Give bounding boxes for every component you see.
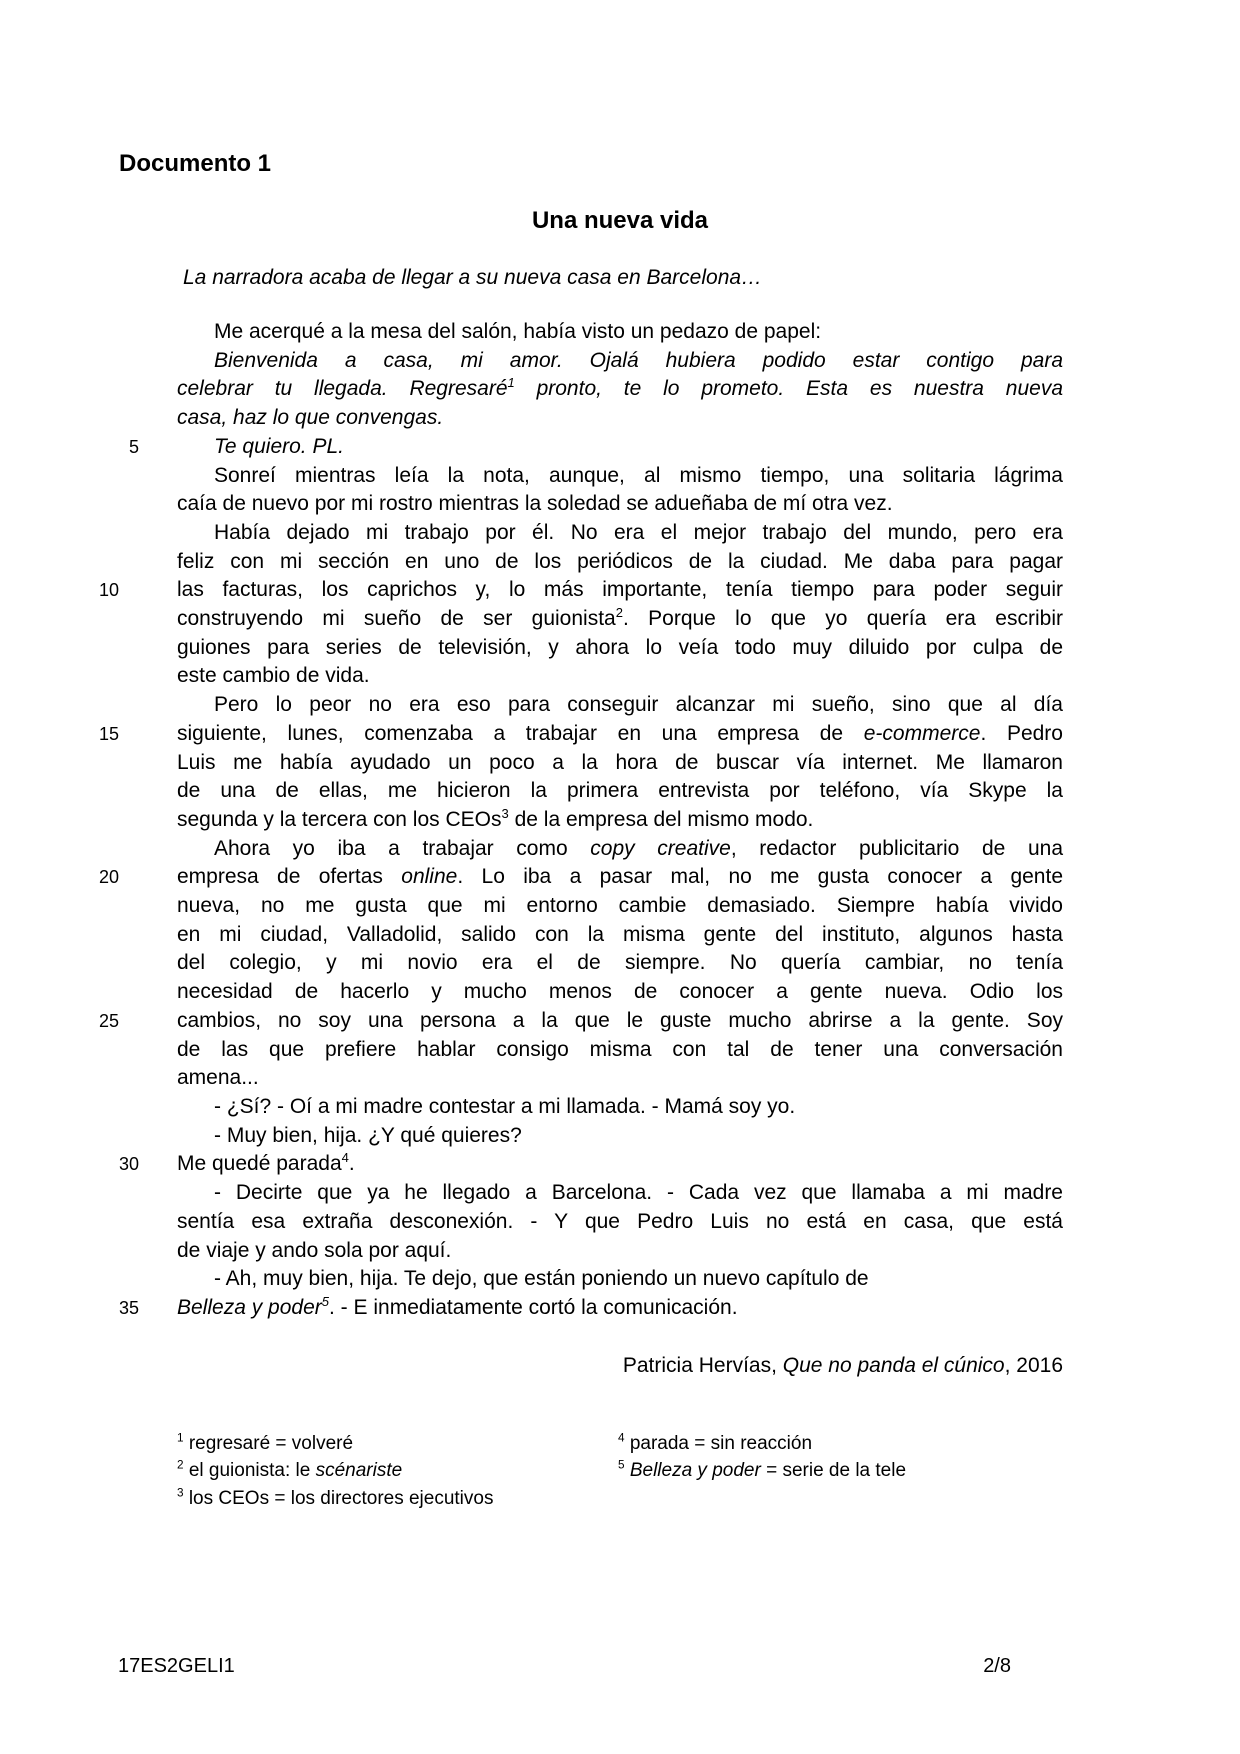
text-line: 10las facturas, los caprichos y, lo más … [177,576,1063,605]
text-segment: . Pedro [980,722,1063,745]
text-segment: - ¿Sí? - Oí a mi madre contestar a mi ll… [214,1095,795,1118]
footer-page-number: 2/8 [927,1654,1011,1678]
text-segment: sentía esa extraña desconexión. - Y que … [177,1210,1063,1233]
text-segment: cambios, no soy una persona a la que le … [177,1009,1063,1032]
text-line: 25cambios, no soy una persona a la que l… [177,1007,1063,1036]
text-segment: Ahora yo iba a trabajar como [214,837,590,860]
text-line: Luis me había ayudado un poco a la hora … [177,749,1063,778]
text-segment: casa, haz lo que convengas. [177,406,443,429]
text-segment: copy creative [590,837,731,860]
text-line: Me acerqué a la mesa del salón, había vi… [177,318,1063,347]
text-segment: = serie de la tele [761,1460,906,1481]
text-segment: Me acerqué a la mesa del salón, había vi… [214,320,821,343]
text-segment: de viaje y ando sola por aquí. [177,1239,451,1262]
text-line: caía de nuevo por mi rostro mientras la … [177,490,1063,519]
line-number: 20 [99,863,139,892]
text-segment: caía de nuevo por mi rostro mientras la … [177,492,893,515]
text-line: 5Te quiero. PL. [177,433,1063,462]
text-line: Ahora yo iba a trabajar como copy creati… [177,835,1063,864]
footer-document-code: 17ES2GELI1 [118,1654,235,1678]
text-line: construyendo mi sueño de ser guionista2.… [177,605,1063,634]
text-line: 20empresa de ofertas online. Lo iba a pa… [177,863,1063,892]
line-number: 30 [99,1150,139,1179]
text-line: 15siguiente, lunes, comenzaba a trabajar… [177,720,1063,749]
text-segment: de una de ellas, me hicieron la primera … [177,779,1063,802]
text-segment: online [401,865,457,888]
footnote-marker: 3 [502,806,509,821]
line-number: 25 [99,1007,139,1036]
text-segment: Pero lo peor no era eso para conseguir a… [214,693,1063,716]
document-page: Documento 1 Una nueva vida La narradora … [0,0,1240,1754]
text-segment: Belleza y poder [630,1460,761,1481]
text-line: necesidad de hacerlo y mucho menos de co… [177,978,1063,1007]
text-segment: , 2016 [1005,1354,1063,1377]
page-title: Una nueva vida [0,207,1240,235]
text-line: de una de ellas, me hicieron la primera … [177,777,1063,806]
text-segment: - Decirte que ya he llegado a Barcelona.… [214,1181,1063,1204]
text-segment: en mi ciudad, Valladolid, salido con la … [177,923,1063,946]
text-segment: celebrar tu llegada. Regresaré [177,377,508,400]
line-number: 15 [99,720,139,749]
text-segment: este cambio de vida. [177,664,370,687]
text-segment: . Lo iba a pasar mal, no me gusta conoce… [457,865,1063,888]
footnote-item: 2 el guionista: le scénariste [177,1457,493,1484]
text-segment: Patricia Hervías, [623,1354,783,1377]
text-line: - Ah, muy bien, hija. Te dejo, que están… [177,1265,1063,1294]
footnotes-left-column: 1 regresaré = volveré2 el guionista: le … [177,1430,493,1512]
text-segment: los CEOs = los directores ejecutivos [184,1488,494,1509]
text-segment: Había dejado mi trabajo por él. No era e… [214,521,1063,544]
doc-label: Documento 1 [119,150,271,178]
text-line: del colegio, y mi novio era el de siempr… [177,949,1063,978]
text-segment: . [349,1152,355,1175]
text-segment: construyendo mi sueño de ser guionista [177,607,616,630]
footnotes-right-column: 4 parada = sin reacción5 Belleza y poder… [618,1430,906,1485]
footnote-item: 5 Belleza y poder = serie de la tele [618,1457,906,1484]
text-segment: e-commerce [864,722,981,745]
footnote-item: 3 los CEOs = los directores ejecutivos [177,1485,493,1512]
intro-line: La narradora acaba de llegar a su nueva … [183,264,762,292]
text-line: amena... [177,1064,1063,1093]
text-segment: Sonreí mientras leía la nota, aunque, al… [214,464,1063,487]
text-segment: de la empresa del mismo modo. [509,808,814,831]
text-line: nueva, no me gusta que mi entorno cambie… [177,892,1063,921]
text-line: 35Belleza y poder5. - E inmediatamente c… [177,1294,1063,1323]
line-number: 5 [99,433,139,462]
text-line: sentía esa extraña desconexión. - Y que … [177,1208,1063,1237]
text-segment: de las que prefiere hablar consigo misma… [177,1038,1063,1061]
footnote-marker: 5 [618,1459,625,1472]
text-line: en mi ciudad, Valladolid, salido con la … [177,921,1063,950]
text-line: Bienvenida a casa, mi amor. Ojalá hubier… [177,347,1063,376]
text-segment: guiones para series de televisión, y aho… [177,636,1063,659]
footnote-marker: 1 [508,375,515,390]
text-segment: Me quedé parada [177,1152,342,1175]
text-segment: parada = sin reacción [625,1433,812,1454]
text-segment: siguiente, lunes, comenzaba a trabajar e… [177,722,864,745]
text-segment: - Muy bien, hija. ¿Y qué quieres? [214,1124,522,1147]
text-line: - ¿Sí? - Oí a mi madre contestar a mi ll… [177,1093,1063,1122]
text-segment: pronto, te lo prometo. Esta es nuestra n… [515,377,1063,400]
text-segment: - Ah, muy bien, hija. Te dejo, que están… [214,1267,869,1290]
text-segment: Luis me había ayudado un poco a la hora … [177,751,1063,774]
text-segment: amena... [177,1066,259,1089]
text-segment: nueva, no me gusta que mi entorno cambie… [177,894,1063,917]
text-line: este cambio de vida. [177,662,1063,691]
text-segment: Belleza y poder [177,1296,322,1319]
text-segment: del colegio, y mi novio era el de siempr… [177,951,1063,974]
text-line: Había dejado mi trabajo por él. No era e… [177,519,1063,548]
text-segment: segunda y la tercera con los CEOs [177,808,502,831]
text-line: Sonreí mientras leía la nota, aunque, al… [177,462,1063,491]
text-segment: Que no panda el cúnico [783,1354,1005,1377]
text-segment: Bienvenida a casa, mi amor. Ojalá hubier… [214,349,1063,372]
text-segment: regresaré = volveré [184,1433,354,1454]
footnote-marker: 4 [342,1150,349,1165]
footnote-item: 4 parada = sin reacción [618,1430,906,1457]
text-line: feliz con mi sección en uno de los perió… [177,548,1063,577]
text-line: 30Me quedé parada4. [177,1150,1063,1179]
text-line: casa, haz lo que convengas. [177,404,1063,433]
text-segment: . - E inmediatamente cortó la comunicaci… [329,1296,738,1319]
footnote-marker: 2 [616,605,623,620]
text-segment: feliz con mi sección en uno de los perió… [177,550,1063,573]
text-line: - Muy bien, hija. ¿Y qué quieres? [177,1122,1063,1151]
text-segment: empresa de ofertas [177,865,401,888]
text-line: segunda y la tercera con los CEOs3 de la… [177,806,1063,835]
body-text: Me acerqué a la mesa del salón, había vi… [177,318,1063,1323]
text-line: de las que prefiere hablar consigo misma… [177,1036,1063,1065]
text-segment: . Porque lo que yo quería era escribir [623,607,1063,630]
text-segment: , redactor publicitario de una [731,837,1063,860]
text-line: Pero lo peor no era eso para conseguir a… [177,691,1063,720]
text-line: - Decirte que ya he llegado a Barcelona.… [177,1179,1063,1208]
text-segment: Te quiero. PL. [214,435,344,458]
text-line: celebrar tu llegada. Regresaré1 pronto, … [177,375,1063,404]
text-segment: scénariste [316,1460,403,1481]
text-line: guiones para series de televisión, y aho… [177,634,1063,663]
line-number: 35 [99,1294,139,1323]
text-segment: las facturas, los caprichos y, lo más im… [177,578,1063,601]
line-number: 10 [99,576,139,605]
attribution: Patricia Hervías, Que no panda el cúnico… [177,1352,1063,1380]
text-line: de viaje y ando sola por aquí. [177,1237,1063,1266]
text-segment: el guionista: le [184,1460,316,1481]
footnote-marker: 5 [322,1294,329,1309]
footnote-item: 1 regresaré = volveré [177,1430,493,1457]
text-segment: necesidad de hacerlo y mucho menos de co… [177,980,1063,1003]
